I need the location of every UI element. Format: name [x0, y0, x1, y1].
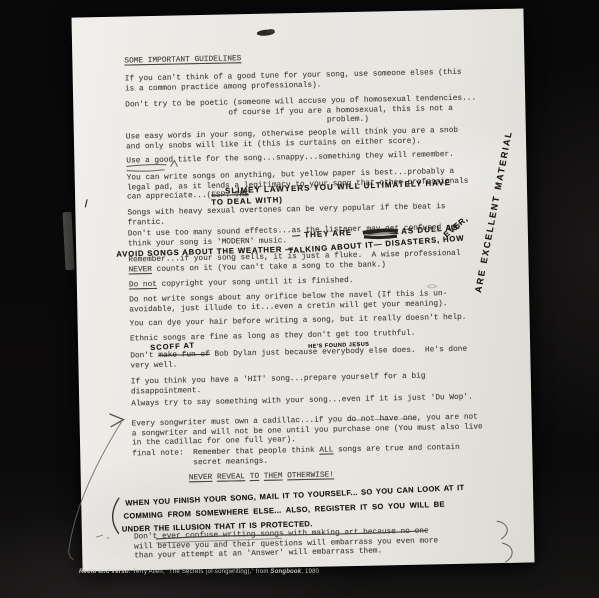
paper-edge-sliver	[62, 212, 74, 270]
left-margin-curve	[66, 422, 124, 560]
struck-fragment-icon	[126, 160, 177, 171]
pencil-marks-layer	[71, 9, 534, 572]
book-caption: Recto and verso: Terry Allen, "The Secre…	[79, 569, 319, 575]
paper: SOME IMPORTANT GUIDELINESIf you can't th…	[71, 9, 534, 572]
strike-confuse-line	[156, 531, 427, 543]
arrow-to-cadillac	[109, 414, 123, 427]
caption-text: , 1980	[301, 569, 319, 575]
caption-text: Songbook	[270, 569, 301, 575]
faint-smudge	[427, 285, 437, 288]
caption-text: Recto and verso:	[79, 569, 133, 575]
right-curly-marks	[497, 521, 513, 562]
bracket-before-note	[112, 498, 120, 534]
margin-tick	[85, 199, 87, 207]
caption-text: Terry Allen, "The Secrets (of songwritin…	[133, 569, 271, 575]
top-ink-smudge-icon	[257, 29, 276, 37]
pencil-dash	[96, 535, 109, 538]
photo-background: SOME IMPORTANT GUIDELINESIf you can't th…	[0, 0, 599, 598]
scribble-word-icon	[363, 230, 398, 238]
